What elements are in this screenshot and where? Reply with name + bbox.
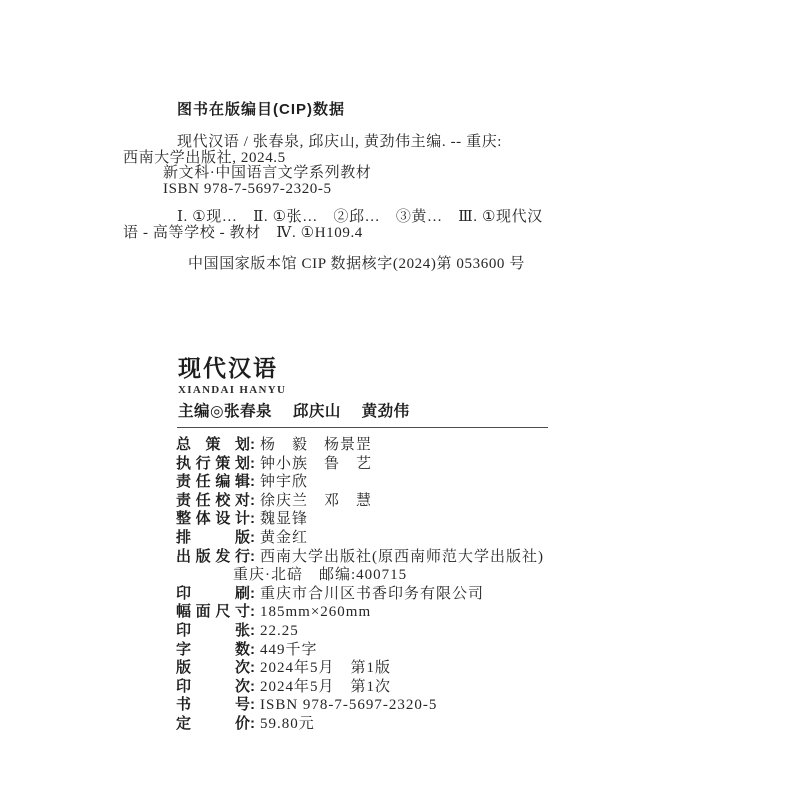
row-value: ISBN 978-7-5697-2320-5 [260, 696, 437, 715]
cip-isbn-line: ISBN 978-7-5697-2320-5 [123, 182, 663, 198]
row-colon: : [250, 678, 255, 697]
colophon-list: 总策划:杨 毅 杨景罡 执行策划:钟小族 鲁 艺 责任编辑:钟宇欣 责任校对:徐… [176, 436, 736, 734]
row-label: 执行策划 [176, 455, 250, 474]
colophon-row-publisher-address: 重庆·北碚 邮编:400715 [176, 566, 736, 585]
row-value: 185mm×260mm [260, 603, 371, 622]
cip-classification-line-1: Ⅰ. ①现… Ⅱ. ①张… ②邱… ③黄… Ⅲ. ①现代汉 [123, 210, 663, 226]
row-colon: : [250, 492, 255, 511]
row-label: 幅面尺寸 [176, 603, 250, 622]
colophon-row-publisher: 出版发行:西南大学出版社(原西南师范大学出版社) [176, 548, 736, 567]
row-value: 徐庆兰 邓 慧 [260, 492, 372, 511]
cip-description-line-1: 现代汉语 / 张春泉, 邱庆山, 黄劲伟主编. -- 重庆: [123, 135, 663, 151]
cip-classification-line-2: 语 - 高等学校 - 教材 Ⅳ. ①H109.4 [123, 226, 663, 242]
row-label: 排版 [176, 529, 250, 548]
row-value: 钟小族 鲁 艺 [260, 455, 372, 474]
copyright-page: 图书在版编目(CIP)数据 现代汉语 / 张春泉, 邱庆山, 黄劲伟主编. --… [0, 0, 800, 800]
row-colon: : [250, 548, 255, 567]
row-colon: : [250, 659, 255, 678]
row-label: 整体设计 [176, 510, 250, 529]
row-colon: : [250, 473, 255, 492]
row-value: 2024年5月 第1版 [260, 659, 391, 678]
colophon-row-sheets: 印张:22.25 [176, 622, 736, 641]
colophon-row-price: 定价:59.80元 [176, 715, 736, 734]
row-colon: : [250, 529, 255, 548]
row-value: 黄金红 [260, 529, 308, 548]
colophon-row-isbn: 书号:ISBN 978-7-5697-2320-5 [176, 696, 736, 715]
colophon-row-dimensions: 幅面尺寸:185mm×260mm [176, 603, 736, 622]
cip-description: 现代汉语 / 张春泉, 邱庆山, 黄劲伟主编. -- 重庆: 西南大学出版社, … [123, 135, 663, 197]
row-label: 印张 [176, 622, 250, 641]
divider-rule [177, 427, 548, 428]
row-value: 西南大学出版社(原西南师范大学出版社) [260, 548, 544, 567]
row-label: 出版发行 [176, 548, 250, 567]
row-colon: : [250, 715, 255, 734]
cip-series-line: 新文科·中国语言文学系列教材 [123, 166, 663, 182]
row-label: 定价 [176, 715, 250, 734]
row-colon: : [250, 641, 255, 660]
colophon-row-overall-design: 整体设计:魏显锋 [176, 510, 736, 529]
colophon-row-printing: 印次:2024年5月 第1次 [176, 678, 736, 697]
cip-block: 图书在版编目(CIP)数据 现代汉语 / 张春泉, 邱庆山, 黄劲伟主编. --… [123, 102, 663, 272]
colophon-row-typesetting: 排版:黄金红 [176, 529, 736, 548]
row-value: 449千字 [260, 641, 318, 660]
row-value: 重庆市合川区书香印务有限公司 [260, 585, 484, 604]
row-colon: : [250, 510, 255, 529]
colophon-row-printer: 印刷:重庆市合川区书香印务有限公司 [176, 585, 736, 604]
colophon-row-general-planner: 总策划:杨 毅 杨景罡 [176, 436, 736, 455]
colophon-row-proofreader: 责任校对:徐庆兰 邓 慧 [176, 492, 736, 511]
row-colon: : [250, 603, 255, 622]
row-label: 总策划 [176, 436, 250, 455]
row-colon: : [250, 585, 255, 604]
row-value: 59.80元 [260, 715, 315, 734]
cip-classification: Ⅰ. ①现… Ⅱ. ①张… ②邱… ③黄… Ⅲ. ①现代汉 语 - 高等学校 -… [123, 210, 663, 241]
title-block: 现代汉语 XIANDAI HANYU 主编◎张春泉 邱庆山 黄劲伟 [178, 356, 410, 420]
chief-editors-line: 主编◎张春泉 邱庆山 黄劲伟 [178, 403, 410, 420]
row-value: 魏显锋 [260, 510, 308, 529]
row-label: 责任校对 [176, 492, 250, 511]
colophon-row-edition: 版次:2024年5月 第1版 [176, 659, 736, 678]
cip-registration-line: 中国国家版本馆 CIP 数据核字(2024)第 053600 号 [123, 257, 663, 273]
row-value: 钟宇欣 [260, 473, 308, 492]
row-label: 版次 [176, 659, 250, 678]
cip-description-line-2: 西南大学出版社, 2024.5 [123, 151, 663, 167]
row-colon: : [250, 455, 255, 474]
colophon-row-word-count: 字数:449千字 [176, 641, 736, 660]
colophon-row-responsible-editor: 责任编辑:钟宇欣 [176, 473, 736, 492]
book-title: 现代汉语 [178, 356, 410, 380]
row-colon: : [250, 696, 255, 715]
row-colon: : [250, 436, 255, 455]
row-label: 书号 [176, 696, 250, 715]
row-value: 2024年5月 第1次 [260, 678, 391, 697]
row-label: 印刷 [176, 585, 250, 604]
row-value: 22.25 [260, 622, 299, 641]
row-value: 杨 毅 杨景罡 [260, 436, 372, 455]
cip-registration: 中国国家版本馆 CIP 数据核字(2024)第 053600 号 [123, 257, 663, 273]
row-label: 印次 [176, 678, 250, 697]
row-label: 字数 [176, 641, 250, 660]
book-title-pinyin: XIANDAI HANYU [178, 384, 410, 397]
row-colon: : [250, 622, 255, 641]
row-value: 重庆·北碚 邮编:400715 [233, 566, 407, 585]
row-label: 责任编辑 [176, 473, 250, 492]
cip-heading: 图书在版编目(CIP)数据 [177, 102, 663, 118]
colophon-row-executive-planner: 执行策划:钟小族 鲁 艺 [176, 455, 736, 474]
